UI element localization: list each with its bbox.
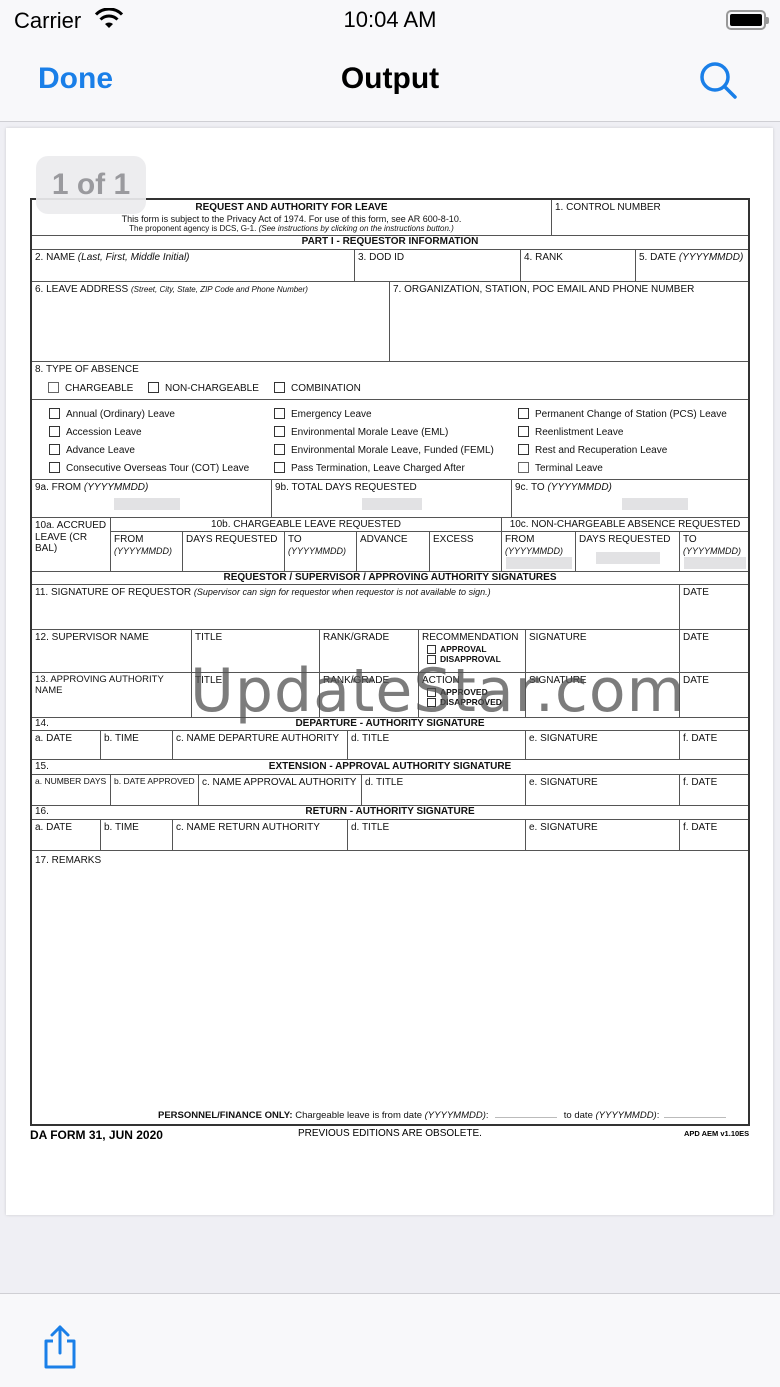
personnel-finance-line: PERSONNEL/FINANCE ONLY: Chargeable leave… bbox=[158, 1110, 726, 1121]
leave-label: Permanent Change of Station (PCS) Leave bbox=[535, 409, 727, 420]
part1-band: PART I - REQUESTOR INFORMATION bbox=[32, 236, 748, 250]
date-label: DATE bbox=[683, 675, 709, 686]
cot-leave-checkbox[interactable]: Consecutive Overseas Tour (COT) Leave bbox=[49, 462, 249, 474]
leave-label: Environmental Morale Leave (EML) bbox=[291, 427, 448, 438]
col-label: b. TIME bbox=[104, 733, 139, 744]
disapproval-label: DISAPPROVAL bbox=[440, 654, 501, 664]
name-label: 2. NAME bbox=[35, 252, 75, 263]
departure-band: 14. DEPARTURE - AUTHORITY SIGNATURE bbox=[32, 718, 748, 731]
checkbox-icon bbox=[427, 688, 436, 697]
control-number-label: 1. CONTROL NUMBER bbox=[555, 202, 661, 213]
sig-requestor-label: 11. SIGNATURE OF REQUESTOR bbox=[35, 587, 191, 598]
leave-label: Environmental Morale Leave, Funded (FEML… bbox=[291, 445, 494, 456]
to-date-input[interactable] bbox=[622, 498, 688, 510]
col-label: c. NAME APPROVAL AUTHORITY bbox=[202, 777, 356, 788]
col-label: f. DATE bbox=[683, 777, 717, 788]
leave-label: Reenlistment Leave bbox=[535, 427, 623, 438]
navigation-bar: Done Output bbox=[0, 40, 780, 122]
title-label: TITLE bbox=[195, 675, 222, 686]
dod-id-label: 3. DOD ID bbox=[358, 252, 404, 263]
checkbox-icon bbox=[148, 382, 159, 393]
checkbox-icon bbox=[49, 462, 60, 473]
col-label: d. TITLE bbox=[365, 777, 403, 788]
total-days-input[interactable] bbox=[362, 498, 422, 510]
remarks-field[interactable]: 17. REMARKS bbox=[32, 851, 748, 1124]
checkbox-icon bbox=[49, 444, 60, 455]
chargeable-days-field[interactable]: DAYS REQUESTED bbox=[183, 532, 285, 572]
remarks-label: 17. REMARKS bbox=[35, 855, 745, 867]
accrued-label: 10a. ACCRUED LEAVE (CR BAL) bbox=[35, 520, 106, 554]
col-label: c. NAME RETURN AUTHORITY bbox=[176, 822, 320, 833]
return-date-field[interactable]: a. DATE bbox=[32, 820, 101, 851]
combination-label: COMBINATION bbox=[291, 383, 361, 394]
emergency-leave-checkbox[interactable]: Emergency Leave bbox=[274, 408, 372, 420]
action-field: ACTION APPROVED DISAPPROVED bbox=[419, 673, 526, 718]
checkbox-icon bbox=[518, 408, 529, 419]
from-label: 9a. FROM bbox=[35, 482, 81, 493]
approving-signature-field[interactable]: SIGNATURE bbox=[526, 673, 680, 718]
days-label: DAYS REQUESTED bbox=[186, 534, 278, 545]
clock: 10:04 AM bbox=[0, 7, 780, 33]
return-time-field[interactable]: b. TIME bbox=[101, 820, 173, 851]
col-label: f. DATE bbox=[683, 822, 717, 833]
rank-grade-label: RANK/GRADE bbox=[323, 675, 389, 686]
extension-date-approved-field[interactable]: b. DATE APPROVED bbox=[111, 775, 199, 806]
checkbox-icon bbox=[274, 382, 285, 393]
privacy-line: This form is subject to the Privacy Act … bbox=[35, 214, 548, 224]
da-form-31: REQUEST AND AUTHORITY FOR LEAVE This for… bbox=[30, 198, 750, 1126]
eml-leave-checkbox[interactable]: Environmental Morale Leave (EML) bbox=[274, 426, 448, 438]
nonchargeable-req-label: 10c. NON-CHARGEABLE ABSENCE REQUESTED bbox=[510, 519, 741, 530]
obsolete-note: PREVIOUS EDITIONS ARE OBSOLETE. bbox=[298, 1128, 482, 1139]
col-label: e. SIGNATURE bbox=[529, 733, 598, 744]
col-label: d. TITLE bbox=[351, 822, 389, 833]
chargeable-to-field[interactable]: TO(YYYYMMDD) bbox=[285, 532, 357, 572]
checkbox-icon bbox=[518, 462, 529, 473]
section-number: 15. bbox=[35, 760, 49, 774]
checkbox-icon bbox=[518, 444, 529, 455]
return-band-label: RETURN - AUTHORITY SIGNATURE bbox=[305, 806, 474, 817]
chargeable-from-field[interactable]: FROM(YYYYMMDD) bbox=[111, 532, 183, 572]
accession-leave-checkbox[interactable]: Accession Leave bbox=[49, 426, 142, 438]
from-hint: (YYYYMMDD) bbox=[114, 546, 179, 556]
disapproved-label: DISAPPROVED bbox=[440, 697, 502, 707]
supervisor-signature-field[interactable]: SIGNATURE bbox=[526, 630, 680, 673]
leave-label: Accession Leave bbox=[66, 427, 142, 438]
approval-label: APPROVAL bbox=[440, 644, 487, 654]
col-label: b. DATE APPROVED bbox=[114, 776, 195, 786]
col-label: d. TITLE bbox=[351, 733, 389, 744]
leave-label: Terminal Leave bbox=[535, 463, 603, 474]
section-number: 16. bbox=[35, 806, 49, 818]
feml-leave-checkbox[interactable]: Environmental Morale Leave, Funded (FEML… bbox=[274, 444, 494, 456]
col-label: b. TIME bbox=[104, 822, 139, 833]
bottom-toolbar bbox=[0, 1293, 780, 1387]
share-icon[interactable] bbox=[40, 1324, 80, 1370]
approving-rank-field[interactable]: RANK/GRADE bbox=[320, 673, 419, 718]
leave-label: Pass Termination, Leave Charged After bbox=[291, 463, 465, 474]
name-hint: (Last, First, Middle Initial) bbox=[78, 252, 190, 263]
checkbox-icon bbox=[274, 426, 285, 437]
return-signature-field[interactable]: e. SIGNATURE bbox=[526, 820, 680, 851]
leave-address-label: 6. LEAVE ADDRESS bbox=[35, 284, 128, 295]
disapproval-checkbox[interactable]: DISAPPROVAL bbox=[427, 655, 522, 665]
rank-field[interactable]: 4. RANK bbox=[521, 250, 636, 282]
to-hint: (YYYYMMDD) bbox=[288, 546, 353, 556]
personnel-to-input[interactable] bbox=[664, 1117, 726, 1118]
checkbox-icon bbox=[427, 645, 436, 654]
approval-checkbox[interactable]: APPROVAL bbox=[427, 645, 522, 655]
supervisor-name-field[interactable]: 12. SUPERVISOR NAME bbox=[32, 630, 192, 673]
leave-label: Annual (Ordinary) Leave bbox=[66, 409, 175, 420]
checkbox-icon bbox=[49, 426, 60, 437]
pcs-leave-checkbox[interactable]: Permanent Change of Station (PCS) Leave bbox=[518, 408, 727, 420]
rank-grade-label: RANK/GRADE bbox=[323, 632, 389, 643]
rank-label: 4. RANK bbox=[524, 252, 563, 263]
supervisor-title-field[interactable]: TITLE bbox=[192, 630, 320, 673]
departure-authority-field[interactable]: c. NAME DEPARTURE AUTHORITY bbox=[173, 731, 348, 760]
checkbox-icon bbox=[274, 462, 285, 473]
to-label: TO bbox=[683, 534, 745, 546]
signatures-band: REQUESTOR / SUPERVISOR / APPROVING AUTHO… bbox=[32, 572, 748, 585]
sig-requestor-hint: (Supervisor can sign for requestor when … bbox=[194, 587, 491, 597]
col-label: e. SIGNATURE bbox=[529, 777, 598, 788]
to-label: TO bbox=[288, 534, 353, 546]
return-authority-field[interactable]: c. NAME RETURN AUTHORITY bbox=[173, 820, 348, 851]
checkbox-icon bbox=[427, 698, 436, 707]
dod-id-field[interactable]: 3. DOD ID bbox=[355, 250, 521, 282]
excess-label: EXCESS bbox=[433, 534, 474, 545]
approving-date-field[interactable]: DATE bbox=[680, 673, 748, 718]
personnel-bold: PERSONNEL/FINANCE ONLY: bbox=[158, 1110, 293, 1121]
from-date-input[interactable] bbox=[114, 498, 180, 510]
pass-termination-checkbox[interactable]: Pass Termination, Leave Charged After bbox=[274, 462, 465, 474]
page-title: Output bbox=[0, 62, 780, 96]
section-number: 14. bbox=[35, 718, 49, 730]
days-label: DAYS REQUESTED bbox=[579, 534, 671, 545]
supervisor-rank-field[interactable]: RANK/GRADE bbox=[320, 630, 419, 673]
col-label: c. NAME DEPARTURE AUTHORITY bbox=[176, 733, 339, 744]
departure-date-field[interactable]: a. DATE bbox=[32, 731, 101, 760]
approving-name-label: 13. APPROVING AUTHORITY NAME bbox=[35, 674, 164, 696]
annual-leave-checkbox[interactable]: Annual (Ordinary) Leave bbox=[49, 408, 175, 420]
battery-icon bbox=[726, 10, 766, 30]
control-number-field[interactable]: 1. CONTROL NUMBER bbox=[552, 200, 748, 236]
recommendation-label: RECOMMENDATION bbox=[422, 632, 522, 644]
nonchargeable-requested-header: 10c. NON-CHARGEABLE ABSENCE REQUESTED bbox=[502, 518, 748, 532]
combination-checkbox[interactable]: COMBINATION bbox=[274, 382, 361, 394]
departure-title-field[interactable]: d. TITLE bbox=[348, 731, 526, 760]
requestor-signature-field[interactable]: 11. SIGNATURE OF REQUESTOR (Supervisor c… bbox=[32, 585, 680, 630]
terminal-leave-checkbox[interactable]: Terminal Leave bbox=[518, 462, 603, 474]
extension-fdate-field[interactable]: f. DATE bbox=[680, 775, 748, 806]
personnel-hint: (YYYYMMDD) bbox=[425, 1110, 486, 1121]
proponent-hint: (See instructions by clicking on the ins… bbox=[259, 224, 454, 233]
to-date-label: to date bbox=[564, 1110, 593, 1121]
supervisor-date-field[interactable]: DATE bbox=[680, 630, 748, 673]
leave-label: Consecutive Overseas Tour (COT) Leave bbox=[66, 463, 249, 474]
advance-leave-checkbox[interactable]: Advance Leave bbox=[49, 444, 135, 456]
title-label: TITLE bbox=[195, 632, 222, 643]
approving-name-field[interactable]: 13. APPROVING AUTHORITY NAME bbox=[32, 673, 192, 718]
non-chargeable-checkbox[interactable]: NON-CHARGEABLE bbox=[148, 382, 259, 394]
col-label: a. NUMBER DAYS bbox=[35, 776, 106, 786]
departure-time-field[interactable]: b. TIME bbox=[101, 731, 173, 760]
return-band: 16. RETURN - AUTHORITY SIGNATURE bbox=[32, 806, 748, 820]
name-field[interactable]: 2. NAME (Last, First, Middle Initial) bbox=[32, 250, 355, 282]
personnel-text: Chargeable leave is from date bbox=[295, 1110, 422, 1121]
organization-field[interactable]: 7. ORGANIZATION, STATION, POC EMAIL AND … bbox=[390, 282, 748, 362]
from-hint: (YYYYMMDD) bbox=[505, 546, 572, 556]
date-label: 5. DATE bbox=[639, 252, 676, 263]
col-label: e. SIGNATURE bbox=[529, 822, 598, 833]
col-label: a. DATE bbox=[35, 822, 72, 833]
supervisor-name-label: 12. SUPERVISOR NAME bbox=[35, 632, 149, 643]
approving-title-field[interactable]: TITLE bbox=[192, 673, 320, 718]
from-label: FROM bbox=[505, 534, 572, 546]
departure-signature-field[interactable]: e. SIGNATURE bbox=[526, 731, 680, 760]
checkbox-icon bbox=[274, 408, 285, 419]
departure-band-label: DEPARTURE - AUTHORITY SIGNATURE bbox=[295, 718, 484, 729]
form-version: APD AEM v1.10ES bbox=[684, 1129, 749, 1138]
organization-label: 7. ORGANIZATION, STATION, POC EMAIL AND … bbox=[393, 284, 694, 295]
from-label: FROM bbox=[114, 534, 179, 546]
checkbox-icon bbox=[48, 382, 59, 393]
proponent-line: The proponent agency is DCS, G-1. bbox=[129, 224, 256, 233]
checkbox-icon bbox=[49, 408, 60, 419]
col-label: a. DATE bbox=[35, 733, 72, 744]
chargeable-checkbox[interactable]: CHARGEABLE bbox=[48, 382, 133, 394]
extension-authority-field[interactable]: c. NAME APPROVAL AUTHORITY bbox=[199, 775, 362, 806]
recommendation-field: RECOMMENDATION APPROVAL DISAPPROVAL bbox=[419, 630, 526, 673]
leave-address-field[interactable]: 6. LEAVE ADDRESS (Street, City, State, Z… bbox=[32, 282, 390, 362]
chargeable-label: CHARGEABLE bbox=[65, 383, 133, 394]
type-of-absence-label: 8. TYPE OF ABSENCE bbox=[35, 364, 745, 376]
return-title-field[interactable]: d. TITLE bbox=[348, 820, 526, 851]
form-id: DA FORM 31, JUN 2020 bbox=[30, 1128, 163, 1142]
accrued-leave-field[interactable]: 10a. ACCRUED LEAVE (CR BAL) bbox=[32, 518, 111, 572]
chargeable-requested-header: 10b. CHARGEABLE LEAVE REQUESTED bbox=[111, 518, 502, 532]
personnel-from-input[interactable] bbox=[495, 1117, 557, 1118]
extension-days-field[interactable]: a. NUMBER DAYS bbox=[32, 775, 111, 806]
to-date-hint: (YYYYMMDD) bbox=[596, 1110, 657, 1121]
nonchargeable-days-input[interactable] bbox=[596, 552, 660, 564]
checkbox-icon bbox=[427, 655, 436, 664]
search-icon[interactable] bbox=[696, 58, 740, 102]
advance-label: ADVANCE bbox=[360, 534, 408, 545]
departure-fdate-field[interactable]: f. DATE bbox=[680, 731, 748, 760]
leave-label: Emergency Leave bbox=[291, 409, 372, 420]
status-bar: Carrier 10:04 AM bbox=[0, 0, 780, 40]
to-hint: (YYYYMMDD) bbox=[547, 482, 611, 493]
type-of-absence-section: 8. TYPE OF ABSENCE bbox=[32, 362, 748, 400]
extension-signature-field[interactable]: e. SIGNATURE bbox=[526, 775, 680, 806]
advance-field[interactable]: ADVANCE bbox=[357, 532, 430, 572]
excess-field[interactable]: EXCESS bbox=[430, 532, 502, 572]
to-hint: (YYYYMMDD) bbox=[683, 546, 745, 556]
page-indicator: 1 of 1 bbox=[36, 156, 146, 214]
nonchargeable-from-input[interactable] bbox=[506, 557, 572, 569]
signature-label: SIGNATURE bbox=[529, 632, 587, 643]
approved-label: APPROVED bbox=[440, 687, 488, 697]
date-field[interactable]: 5. DATE (YYYYMMDD) bbox=[636, 250, 748, 282]
extension-band: 15. EXTENSION - APPROVAL AUTHORITY SIGNA… bbox=[32, 760, 748, 775]
checkbox-icon bbox=[518, 426, 529, 437]
leave-label: Rest and Recuperation Leave bbox=[535, 445, 667, 456]
requestor-date-field[interactable]: DATE bbox=[680, 585, 748, 630]
signature-label: SIGNATURE bbox=[529, 675, 587, 686]
date-label: DATE bbox=[683, 632, 709, 643]
action-label: ACTION bbox=[422, 675, 522, 687]
extension-band-label: EXTENSION - APPROVAL AUTHORITY SIGNATURE bbox=[269, 761, 511, 772]
to-label: 9c. TO bbox=[515, 482, 545, 493]
extension-title-field[interactable]: d. TITLE bbox=[362, 775, 526, 806]
reenlistment-leave-checkbox[interactable]: Reenlistment Leave bbox=[518, 426, 623, 438]
checkbox-icon bbox=[274, 444, 285, 455]
from-hint: (YYYYMMDD) bbox=[84, 482, 148, 493]
approved-checkbox[interactable]: APPROVED bbox=[427, 688, 522, 698]
total-days-label: 9b. TOTAL DAYS REQUESTED bbox=[275, 482, 417, 493]
leave-address-hint: (Street, City, State, ZIP Code and Phone… bbox=[131, 285, 308, 294]
disapproved-checkbox[interactable]: DISAPPROVED bbox=[427, 698, 522, 708]
chargeable-req-label: 10b. CHARGEABLE LEAVE REQUESTED bbox=[211, 519, 401, 530]
col-label: f. DATE bbox=[683, 733, 717, 744]
leave-label: Advance Leave bbox=[66, 445, 135, 456]
nonchargeable-to-input[interactable] bbox=[684, 557, 746, 569]
date-hint: (YYYYMMDD) bbox=[679, 252, 743, 263]
date-label: DATE bbox=[683, 587, 709, 598]
non-chargeable-label: NON-CHARGEABLE bbox=[165, 383, 259, 394]
return-fdate-field[interactable]: f. DATE bbox=[680, 820, 748, 851]
rr-leave-checkbox[interactable]: Rest and Recuperation Leave bbox=[518, 444, 667, 456]
